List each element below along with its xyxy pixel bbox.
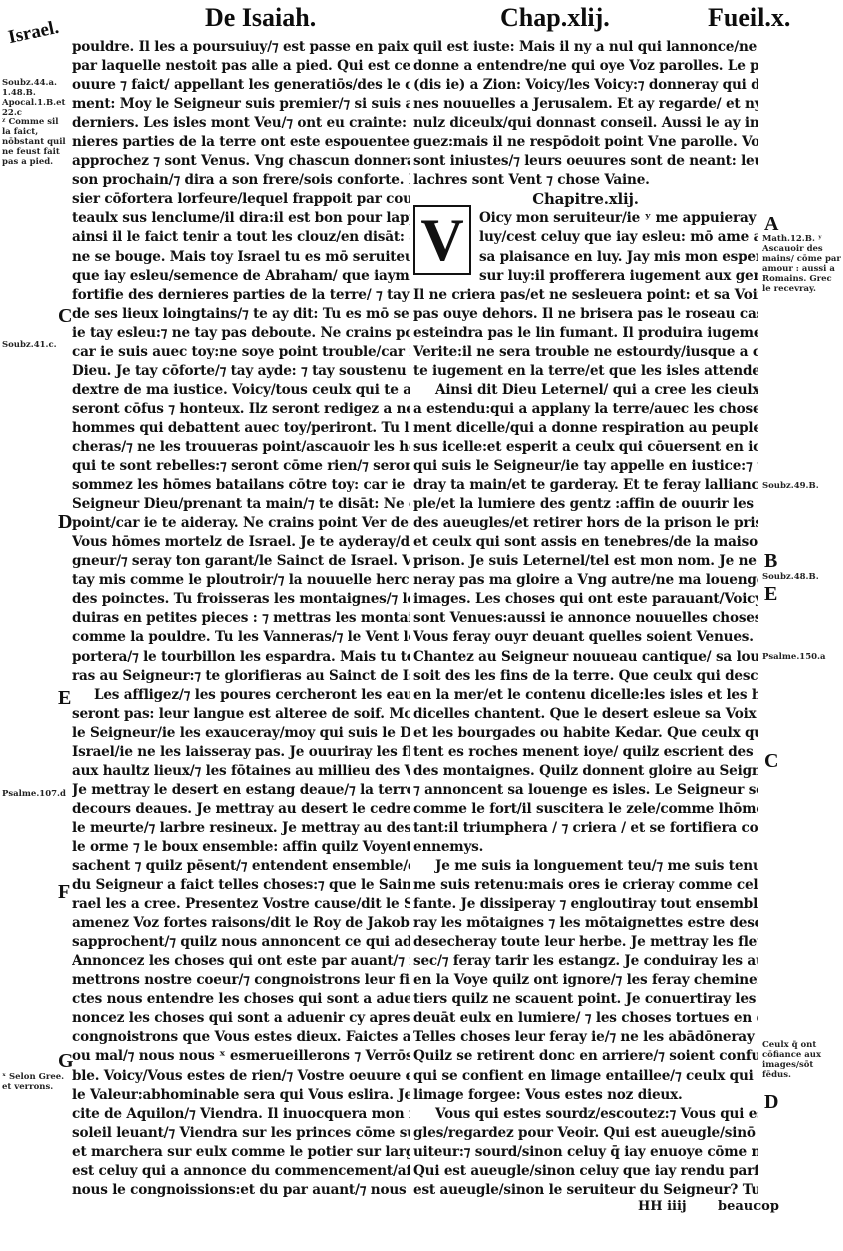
text-line: hommes qui debattent auec toy/periront. …	[72, 419, 410, 438]
text-line: en la Voye quilz ont ignore/⁊ les feray …	[413, 971, 758, 990]
text-line: nous le congnoissions:et du par auant/⁊ …	[72, 1181, 410, 1200]
text-line: congnoistrons que Vous estes dieux. Faic…	[72, 1028, 410, 1047]
text-line: duiras en petites pieces : ⁊ mettras les…	[72, 609, 410, 628]
section-letter-marker: C	[58, 305, 72, 328]
text-line: sus icelle:et esperit a ceulx qui cōuers…	[413, 438, 758, 457]
text-line: ray les mōtaignes ⁊ les mōtaignettes est…	[413, 914, 758, 933]
text-line: me suis retenu:mais ores ie crieray comm…	[413, 876, 758, 895]
text-line: soleil leuant/⁊ Viendra sur les princes …	[72, 1124, 410, 1143]
text-line: decours deaues. Je mettray au desert le …	[72, 800, 410, 819]
section-letter-marker: A	[764, 213, 778, 236]
text-line: seront cōfus ⁊ honteux. Ilz seront redig…	[72, 400, 410, 419]
section-letter-marker: D	[58, 511, 72, 534]
text-line: esteindra pas le lin fumant. Il produira…	[413, 324, 758, 343]
text-line: derniers. Les isles mont Veu/⁊ ont eu cr…	[72, 114, 410, 133]
text-line: son prochain/⁊ dira a son frere/sois con…	[72, 171, 410, 190]
text-line: et ceulx qui sont assis en tenebres/de l…	[413, 533, 758, 552]
text-line: neray pas ma gloire a Vng autre/ne ma lo…	[413, 571, 758, 590]
text-line: par laquelle nestoit pas alle a pied. Qu…	[72, 57, 410, 76]
left-text-column: pouldre. Il les a poursuiuy/⁊ est passe …	[72, 38, 410, 1200]
text-line: est aueugle/sinon le seruiteur du Seigne…	[413, 1181, 758, 1200]
text-line: Quilz se retirent donc en arriere/⁊ soie…	[413, 1047, 758, 1066]
text-line: des montaignes. Quilz donnent gloire au …	[413, 762, 758, 781]
catchword: beaucop	[718, 1199, 779, 1214]
text-line: des aueugles/et retirer hors de la priso…	[413, 514, 758, 533]
text-line: et marchera sur eulx comme le potier sur…	[72, 1143, 410, 1162]
text-line: qui te sont rebelles:⁊ seront cōme rien/…	[72, 457, 410, 476]
text-line: Qui est aueugle/sinon celuy que iay rend…	[413, 1162, 758, 1181]
text-line: et les bourgades ou habite Kedar. Que ce…	[413, 724, 758, 743]
running-head-folio: Fueil.x.	[708, 3, 790, 33]
text-line: tant:il triumphera / ⁊ criera / et se fo…	[413, 819, 758, 838]
text-line: cite de Aquilon/⁊ Viendra. Il inuocquera…	[72, 1105, 410, 1124]
signature-mark: HH iiij	[638, 1199, 687, 1214]
text-line: Je me suis ia longuement teu/⁊ me suis t…	[413, 857, 758, 876]
text-line: Israel/ie ne les laisseray pas. Je ouuri…	[72, 743, 410, 762]
text-line: ⁊ annoncent sa louenge es isles. Le Seig…	[413, 781, 758, 800]
margin-note-right: Psalme.150.a	[762, 652, 842, 662]
section-letter-marker: C	[764, 750, 778, 773]
text-line: Vous qui estes sourdz/escoutez:⁊ Vous qu…	[413, 1105, 758, 1124]
text-line: sapprochent/⁊ quilz nous annoncent ce qu…	[72, 933, 410, 952]
text-line: Les affligez/⁊ les poures cercheront les…	[72, 686, 410, 705]
text-line: uiteur:⁊ sourd/sinon celuy q̄ iay enuoye…	[413, 1143, 758, 1162]
text-line: le Valeur:abhominable sera qui Vous esli…	[72, 1086, 410, 1105]
text-line: nulz diceulx/qui donnast conseil. Aussi …	[413, 114, 758, 133]
running-head-chapter: Chap.xlij.	[500, 3, 610, 33]
text-line: nes nouuelles a Jerusalem. Et ay regarde…	[413, 95, 758, 114]
text-line: portera/⁊ le tourbillon les espardra. Ma…	[72, 648, 410, 667]
text-line: Vous feray ouyr deuant quelles soient Ve…	[413, 628, 758, 647]
text-line: ctes nous entendre les choses qui sont a…	[72, 990, 410, 1009]
text-line: donne a entendre/ne qui oye Voz parolles…	[413, 57, 758, 76]
running-head-book-title: De Isaiah.	[205, 3, 316, 33]
text-line: ment: Moy le Seigneur suis premier/⁊ si …	[72, 95, 410, 114]
text-line: pas ouye dehors. Il ne brisera pas le ro…	[413, 305, 758, 324]
text-line: deuāt eulx en lumiere/ ⁊ les choses tort…	[413, 1009, 758, 1028]
text-line: seront pas: leur langue est alteree de s…	[72, 705, 410, 724]
margin-note-right: Math.12.B. ʸ Ascauoir des mains/ cōme pa…	[762, 234, 842, 294]
section-letter-marker: F	[58, 881, 70, 904]
text-line: tent es roches menent ioye/ quilz escrie…	[413, 743, 758, 762]
text-line: de ses lieux loingtains/⁊ te ay dit: Tu …	[72, 305, 410, 324]
text-line: fante. Je dissiperay ⁊ engloutiray tout …	[413, 895, 758, 914]
text-line: nieres parties de la terre ont este espo…	[72, 133, 410, 152]
text-line: desecheray toute leur herbe. Je mettray …	[413, 933, 758, 952]
text-line: sec/⁊ feray tarir les estangz. Je condui…	[413, 952, 758, 971]
text-line: que iay esleu/semence de Abraham/ que ia…	[72, 267, 410, 286]
text-line: comme le fort/il suscitera le zele/comme…	[413, 800, 758, 819]
text-line: est celuy qui a annonce du commencement/…	[72, 1162, 410, 1181]
text-line: ne se bouge. Mais toy Israel tu es mō se…	[72, 248, 410, 267]
margin-note-left: ˣ Selon Gree. et verrons.	[2, 1072, 68, 1092]
text-line: tiers quilz ne scauent point. Je conuert…	[413, 990, 758, 1009]
section-letter-marker: D	[764, 1091, 778, 1114]
text-line: a estendu:qui a applany la terre/auec le…	[413, 400, 758, 419]
text-line: ou mal/⁊ nous nous ˣ esmerueillerons ⁊ V…	[72, 1047, 410, 1066]
text-line: dicelles chantent. Que le desert esleue …	[413, 705, 758, 724]
text-line: ennemys.	[413, 838, 758, 857]
margin-note-right: Soubz.49.B.	[762, 481, 842, 491]
text-line: te iugement en la terre/et que les isles…	[413, 362, 758, 381]
text-line: teaulx sus lenclume/il dira:il est bon p…	[72, 209, 410, 228]
text-line: Annoncez les choses qui ont este par aua…	[72, 952, 410, 971]
text-line: dextre de ma iustice. Voicy/tous ceulx q…	[72, 381, 410, 400]
margin-note-left: Psalme.107.d	[2, 789, 68, 799]
running-head-margin-word: Israel.	[6, 17, 61, 49]
text-line: gles/regardez pour Veoir. Qui est aueugl…	[413, 1124, 758, 1143]
text-line: ras au Seigneur:⁊ te glorifieras au Sain…	[72, 667, 410, 686]
text-line: limage forgee: Vous estes noz dieux.	[413, 1086, 758, 1105]
section-letter-marker: G	[58, 1050, 74, 1073]
text-line: le orme ⁊ le boux ensemble: affin quilz …	[72, 838, 410, 857]
text-line: ment dicelle/qui a donne respiration au …	[413, 419, 758, 438]
text-line: dray ta main/et te garderay. Et te feray…	[413, 476, 758, 495]
text-line: aux haultz lieux/⁊ les fōtaines au milli…	[72, 762, 410, 781]
text-line: point/car ie te aideray. Ne crains point…	[72, 514, 410, 533]
text-line: qui suis le Seigneur/ie tay appelle en i…	[413, 457, 758, 476]
margin-note-left: ᵡ Comme sil la faict, nōbstant quil ne f…	[2, 117, 68, 167]
text-line: ainsi il le faict tenir a tout les clouz…	[72, 228, 410, 247]
text-line: car ie suis auec toy:ne soye point troub…	[72, 343, 410, 362]
section-letter-marker: E	[58, 687, 71, 710]
text-line: Vous hōmes mortelz de Israel. Je te ayde…	[72, 533, 410, 552]
text-line: rael les a cree. Presentez Vostre cause/…	[72, 895, 410, 914]
text-line: quil est iuste: Mais il ny a nul qui lan…	[413, 38, 758, 57]
initial-letter: V	[420, 210, 463, 270]
text-line: qui se confient en limage entaillee/⁊ ce…	[413, 1067, 758, 1086]
text-line: sommez les hōmes batailans cōtre toy: ca…	[72, 476, 410, 495]
text-line: sont Venues:aussi ie annonce nouuelles c…	[413, 609, 758, 628]
text-line: lachres sont Vent ⁊ chose Vaine.	[413, 171, 758, 190]
text-line: ple/et la lumiere des gentz :affin de ou…	[413, 495, 758, 514]
text-line: gneur/⁊ seray ton garant/le Sainct de Is…	[72, 552, 410, 571]
text-line: le meurte/⁊ larbre resineux. Je mettray …	[72, 819, 410, 838]
text-line: Ainsi dit Dieu Leternel/ qui a cree les …	[413, 381, 758, 400]
text-line: pouldre. Il les a poursuiuy/⁊ est passe …	[72, 38, 410, 57]
text-line: Verite:il ne sera trouble ne estourdy/iu…	[413, 343, 758, 362]
text-line: prison. Je suis Leternel/tel est mon nom…	[413, 552, 758, 571]
text-line: tay mis comme le ploutroir/⁊ la nouuelle…	[72, 571, 410, 590]
text-line: ie tay esleu:⁊ ne tay pas deboute. Ne cr…	[72, 324, 410, 343]
text-line: guez:mais il ne respōdoit point Vne paro…	[413, 133, 758, 152]
text-line: en la mer/et le contenu dicelle:les isle…	[413, 686, 758, 705]
text-line: sachent ⁊ quilz pēsent/⁊ entendent ensem…	[72, 857, 410, 876]
decorated-initial-v: V	[413, 205, 471, 275]
text-line: sont iniustes/⁊ leurs oeuures sont de ne…	[413, 152, 758, 171]
text-line: le Seigneur/ie les exauceray/moy qui sui…	[72, 724, 410, 743]
margin-note-left: Soubz.41.c.	[2, 340, 68, 350]
section-letter-marker: E	[764, 583, 777, 606]
text-line: fortifie des dernieres parties de la ter…	[72, 286, 410, 305]
section-letter-marker: B	[764, 550, 777, 573]
text-line: du Seigneur a faict telles choses:⁊ que …	[72, 876, 410, 895]
text-line: sier cōfortera lorfeure/lequel frappoit …	[72, 190, 410, 209]
text-line: cheras/⁊ ne les trouueras point/ascauoir…	[72, 438, 410, 457]
text-line: (dis ie) a Zion: Voicy/les Voicy:⁊ donne…	[413, 76, 758, 95]
margin-note-right: Ceulx q̄ ont cōfiance aux images/sōt fēd…	[762, 1040, 842, 1080]
text-line: ouure ⁊ faict/ appellant les generatiōs/…	[72, 76, 410, 95]
text-line: noncez les choses qui sont a aduenir cy …	[72, 1009, 410, 1028]
text-line: comme la pouldre. Tu les Vanneras/⁊ le V…	[72, 628, 410, 647]
text-line: Je mettray le desert en estang deaue/⁊ l…	[72, 781, 410, 800]
margin-note-left: Soubz.44.a. 1.48.B. Apocal.1.B.et 22.c	[2, 78, 68, 118]
text-line: mettrons nostre coeur/⁊ congnoistrons le…	[72, 971, 410, 990]
text-line: images. Les choses qui ont este parauant…	[413, 590, 758, 609]
text-line: soit des les fins de la terre. Que ceulx…	[413, 667, 758, 686]
text-line: des poinctes. Tu froisseras les montaign…	[72, 590, 410, 609]
text-line: Chantez au Seigneur nouueau cantique/ sa…	[413, 648, 758, 667]
margin-note-right: Soubz.48.B.	[762, 572, 842, 582]
text-line: Dieu. Je tay cōforte/⁊ tay ayde: ⁊ tay s…	[72, 362, 410, 381]
text-line: ble. Voicy/Vous estes de rien/⁊ Vostre o…	[72, 1067, 410, 1086]
text-line: Il ne criera pas/et ne sesleuera point: …	[413, 286, 758, 305]
text-line: Telles choses leur feray ie/⁊ ne les abā…	[413, 1028, 758, 1047]
text-line: Seigneur Dieu/prenant ta main/⁊ te disāt…	[72, 495, 410, 514]
text-line: amenez Voz fortes raisons/dit le Roy de …	[72, 914, 410, 933]
text-line: approchez ⁊ sont Venus. Vng chascun donn…	[72, 152, 410, 171]
